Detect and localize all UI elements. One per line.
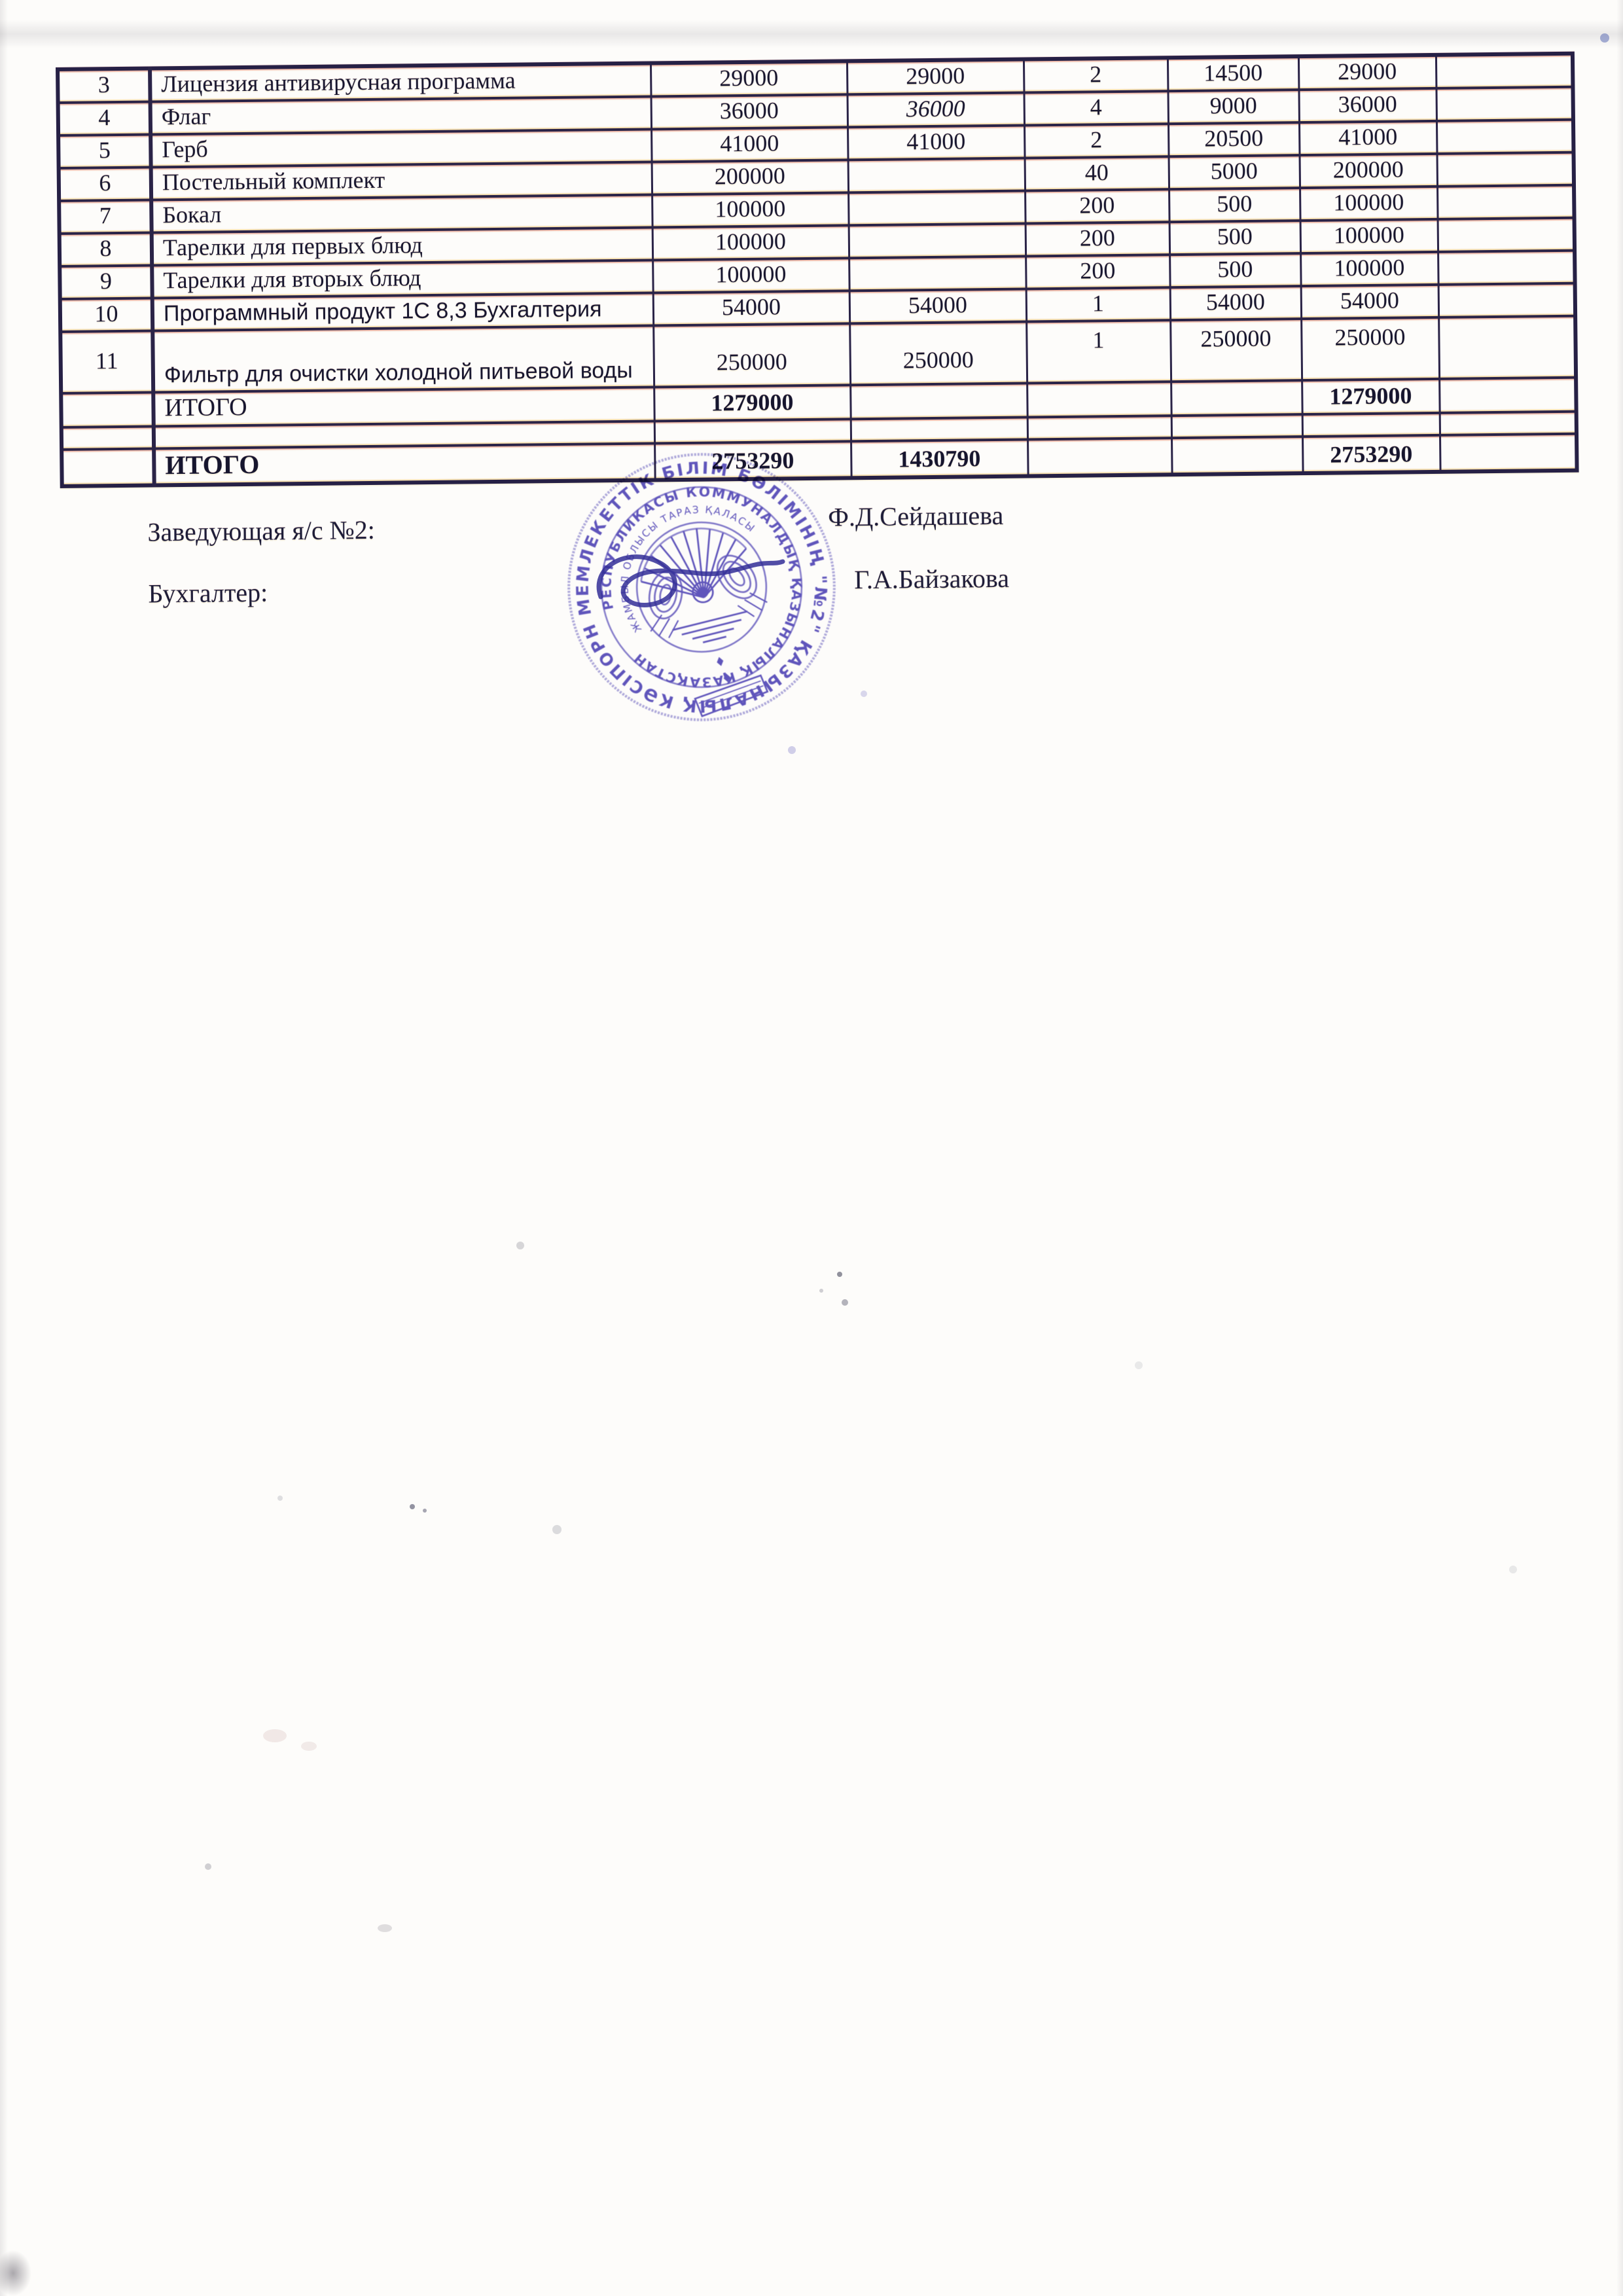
value-cell: 500 <box>1169 253 1301 287</box>
value-cell: 100000 <box>652 258 849 293</box>
value-cell: 36000 <box>847 93 1024 128</box>
value-cell <box>1171 414 1302 438</box>
value-cell <box>1027 382 1171 417</box>
value-cell <box>1438 316 1576 379</box>
value-cell: 1279000 <box>1302 379 1440 414</box>
value-cell: 1 <box>1026 287 1171 321</box>
item-name-cell: Тарелки для первых блюд <box>152 227 652 265</box>
value-cell: 250000 <box>849 321 1027 385</box>
signature-label-manager: Заведующая я/с №2: <box>147 514 375 548</box>
item-name-cell: Лицензия антивирусная программа <box>150 63 651 101</box>
value-cell: 200000 <box>652 160 849 194</box>
value-cell: 1430790 <box>851 439 1028 478</box>
value-cell: 200 <box>1026 255 1170 289</box>
item-name-cell: Фильтр для очистки холодной питьевой вод… <box>152 325 654 392</box>
value-cell: 36000 <box>651 94 848 129</box>
value-cell <box>1440 412 1577 435</box>
value-cell <box>849 223 1026 258</box>
value-cell <box>851 417 1027 441</box>
value-cell <box>1171 380 1302 416</box>
item-name-cell: Герб <box>151 129 651 167</box>
value-cell: 500 <box>1169 221 1301 255</box>
value-cell: 41000 <box>651 127 848 162</box>
value-cell <box>1027 416 1171 439</box>
value-cell: 36000 <box>1298 88 1436 122</box>
official-round-stamp: МЕМЛЕКЕТТІК БІЛІМ БӨЛІМІНІҢ "№2" ҚАЗЫНАЛ… <box>562 447 842 727</box>
value-cell: 100000 <box>652 225 849 260</box>
row-number-cell: 9 <box>60 265 152 298</box>
value-cell <box>1171 437 1303 475</box>
value-cell: 54000 <box>1170 286 1302 320</box>
row-number-cell: 7 <box>59 200 152 233</box>
signature-label-accountant: Бухгалтер: <box>148 577 268 609</box>
row-number-cell <box>61 392 154 427</box>
inventory-items-table: 3Лицензия антивирусная программа29000290… <box>56 52 1579 488</box>
value-cell: 100000 <box>1300 219 1438 253</box>
signature-name-accountant: Г.А.Байзакова <box>854 563 1009 595</box>
row-number-cell: 3 <box>58 68 151 102</box>
value-cell: 500 <box>1169 188 1300 222</box>
value-cell <box>1438 218 1575 252</box>
row-number-cell: 5 <box>58 134 151 168</box>
value-cell <box>848 158 1026 193</box>
scan-corner-smudge <box>0 2250 31 2296</box>
row-number-cell <box>62 448 154 486</box>
scan-edge-shadow-left <box>0 0 8 2296</box>
item-name-cell: Тарелки для вторых блюд <box>152 260 652 298</box>
scanned-document-page: 3Лицензия антивирусная программа29000290… <box>0 0 1623 2296</box>
value-cell <box>1438 283 1576 317</box>
value-cell: 29000 <box>1298 55 1436 90</box>
row-number-cell <box>62 426 154 449</box>
value-cell: 100000 <box>1300 187 1438 221</box>
item-name-cell: Программный продукт 1С 8,3 Бухгалтерия <box>152 293 653 331</box>
value-cell <box>850 383 1027 419</box>
value-cell: 4 <box>1024 91 1168 125</box>
value-cell: 29000 <box>651 61 847 96</box>
scan-edge-shadow-right <box>1616 0 1623 2296</box>
value-cell: 2 <box>1024 124 1169 158</box>
value-cell: 5000 <box>1169 155 1300 189</box>
value-cell <box>848 191 1026 226</box>
row-number-cell: 10 <box>60 298 153 331</box>
value-cell: 41000 <box>847 126 1025 160</box>
signature-name-manager: Ф.Д.Сейдашева <box>828 500 1003 533</box>
value-cell: 200 <box>1025 189 1169 223</box>
item-name-cell: ИТОГО <box>153 387 654 426</box>
value-cell: 250000 <box>1301 317 1439 380</box>
value-cell: 100000 <box>652 192 849 227</box>
value-cell: 250000 <box>653 323 850 387</box>
value-cell <box>1439 378 1577 413</box>
inventory-table-body: 3Лицензия антивирусная программа29000290… <box>58 54 1577 486</box>
value-cell <box>1438 251 1575 285</box>
value-cell: 250000 <box>1170 319 1302 382</box>
scan-artifact-band <box>0 20 1623 48</box>
value-cell: 20500 <box>1168 122 1300 156</box>
value-cell <box>849 256 1026 291</box>
value-cell: 1279000 <box>654 385 851 421</box>
value-cell <box>1437 185 1575 219</box>
value-cell <box>1436 120 1574 154</box>
value-cell: 40 <box>1025 156 1169 190</box>
value-cell: 54000 <box>653 291 850 325</box>
value-cell: 2753290 <box>1302 435 1440 473</box>
value-cell <box>1436 54 1573 88</box>
row-number-cell: 4 <box>58 101 151 135</box>
item-name-cell: Флаг <box>151 96 651 134</box>
value-cell: 9000 <box>1168 90 1299 124</box>
value-cell: 54000 <box>849 289 1027 323</box>
value-cell <box>1302 413 1440 437</box>
value-cell: 200000 <box>1300 154 1438 188</box>
value-cell: 100000 <box>1300 252 1438 286</box>
value-cell: 14500 <box>1168 56 1299 91</box>
value-cell: 200 <box>1026 222 1170 256</box>
value-cell <box>1436 87 1573 121</box>
value-cell <box>654 419 851 443</box>
value-cell: 54000 <box>1301 285 1439 319</box>
value-cell <box>1440 434 1577 472</box>
value-cell: 1 <box>1026 320 1171 383</box>
value-cell <box>1436 152 1574 187</box>
value-cell: 2 <box>1024 58 1168 92</box>
row-number-cell: 6 <box>59 167 152 200</box>
row-number-cell: 8 <box>60 232 152 266</box>
item-name-cell: Постельный комплект <box>151 162 652 200</box>
row-number-cell: 11 <box>60 331 153 393</box>
value-cell <box>1027 438 1172 476</box>
value-cell: 41000 <box>1299 121 1437 155</box>
item-name-cell: Бокал <box>151 194 652 232</box>
value-cell: 29000 <box>847 60 1024 95</box>
